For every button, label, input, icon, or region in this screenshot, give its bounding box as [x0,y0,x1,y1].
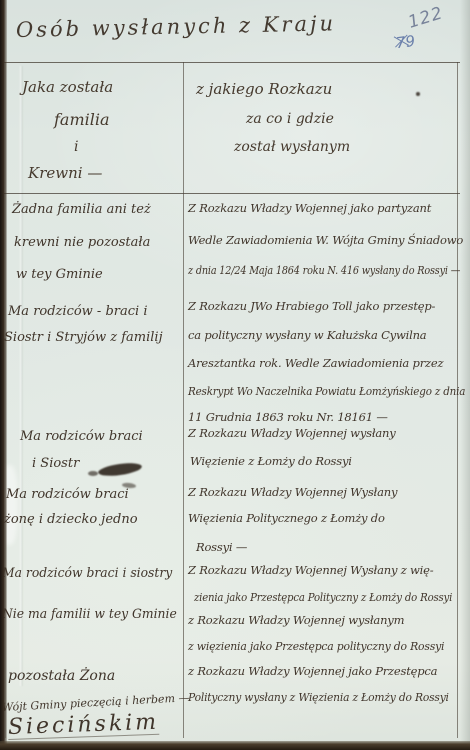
header-left-line: i [74,140,78,154]
header-left-line: familia [54,112,110,128]
scanned-register-page: Osób wysłanych z Kraju 122 79 Jaka zosta… [0,0,470,750]
entry-left-line: Ma rodziców braci [6,488,129,501]
entry-right-line: Więzienie z Łomży do Rossyi [190,456,352,468]
entry-right-line: Z Rozkazu Władzy Wojennej wysłany [188,428,396,440]
ink-blot [88,471,98,476]
table-right-rule [457,62,458,738]
entry-right-line: Reskrypt Wo Naczelnika Powiatu Łomżyński… [188,386,465,398]
entry-right-line: zienia jako Przestępca Polityczny z Łomż… [194,592,452,604]
table-column-divider [183,62,184,738]
header-right-line: został wysłanym [234,140,350,154]
entry-left-line: w tey Gminie [16,268,103,281]
entry-right-line: ca polityczny wysłany w Kałużska Cywilna [188,330,426,342]
entry-right-line: z Rozkazu Władzy Wojennej wysłanym [188,615,404,627]
entry-right-line: z więzienia jako Przestępca polityczny d… [188,641,444,653]
entry-right-line: Z Rozkazu JWo Hrabiego Toll jako przestę… [188,301,435,313]
entry-left-line: krewni nie pozostała [14,236,150,249]
header-left-line: Krewni — [28,166,102,181]
paper-crease [19,66,23,686]
entry-left-line: Żadna familia ani też [12,203,151,216]
entry-right-line: Z Rozkazu Władzy Wojennej Wysłany [188,487,397,499]
table-header-rule [4,193,460,194]
entry-right-line: Aresztantka rok. Wedle Zawiadomienia prz… [188,358,443,370]
entry-left-line: Ma rodziców braci [20,430,143,443]
table-top-rule [4,62,460,63]
scan-shadow-right [460,0,470,750]
entry-left-line: Nie ma familii w tey Gminie [2,608,177,621]
entry-right-line: Z Rozkazu Władzy Wojennej jako partyzant [188,203,431,215]
scan-edge-left [0,0,7,750]
header-right-line: za co i gdzie [246,112,334,126]
entry-right-line: z dnia 12/24 Maja 1864 roku N. 416 wysła… [188,265,460,277]
entry-right-line: Wedle Zawiadomienia W. Wójta Gminy Śniad… [188,235,463,247]
entry-left-line: żonę i dziecko jedno [4,513,138,526]
entry-left-line: Siostr i Stryjów z familij [4,331,163,344]
entry-left-line: Ma rodziców - braci i [8,305,147,318]
header-right-line: z jakiego Rozkazu [196,82,332,97]
entry-right-line: Polityczny wysłany z Więzienia z Łomży d… [188,692,449,704]
entry-left-line: i Siostr [32,457,79,470]
header-left-line: Jaka została [22,80,113,95]
ink-dot [416,92,420,96]
entry-left-line: pozostała Żona [8,669,115,683]
entry-right-line: Więzienia Politycznego z Łomży do [188,513,385,525]
crossed-out-number: 79 [395,32,416,52]
entry-right-line: z Rozkazu Władzy Wojennej jako Przestępc… [188,666,437,678]
entry-right-line: 11 Grudnia 1863 roku Nr. 18161 — [188,412,388,424]
entry-right-line: Rossyi — [196,542,247,554]
entry-right-line: Z Rozkazu Władzy Wojennej Wysłany z wię- [188,565,433,577]
entry-left-line: Ma rodziców braci i siostry [2,567,172,580]
scan-edge-bottom [0,741,470,750]
